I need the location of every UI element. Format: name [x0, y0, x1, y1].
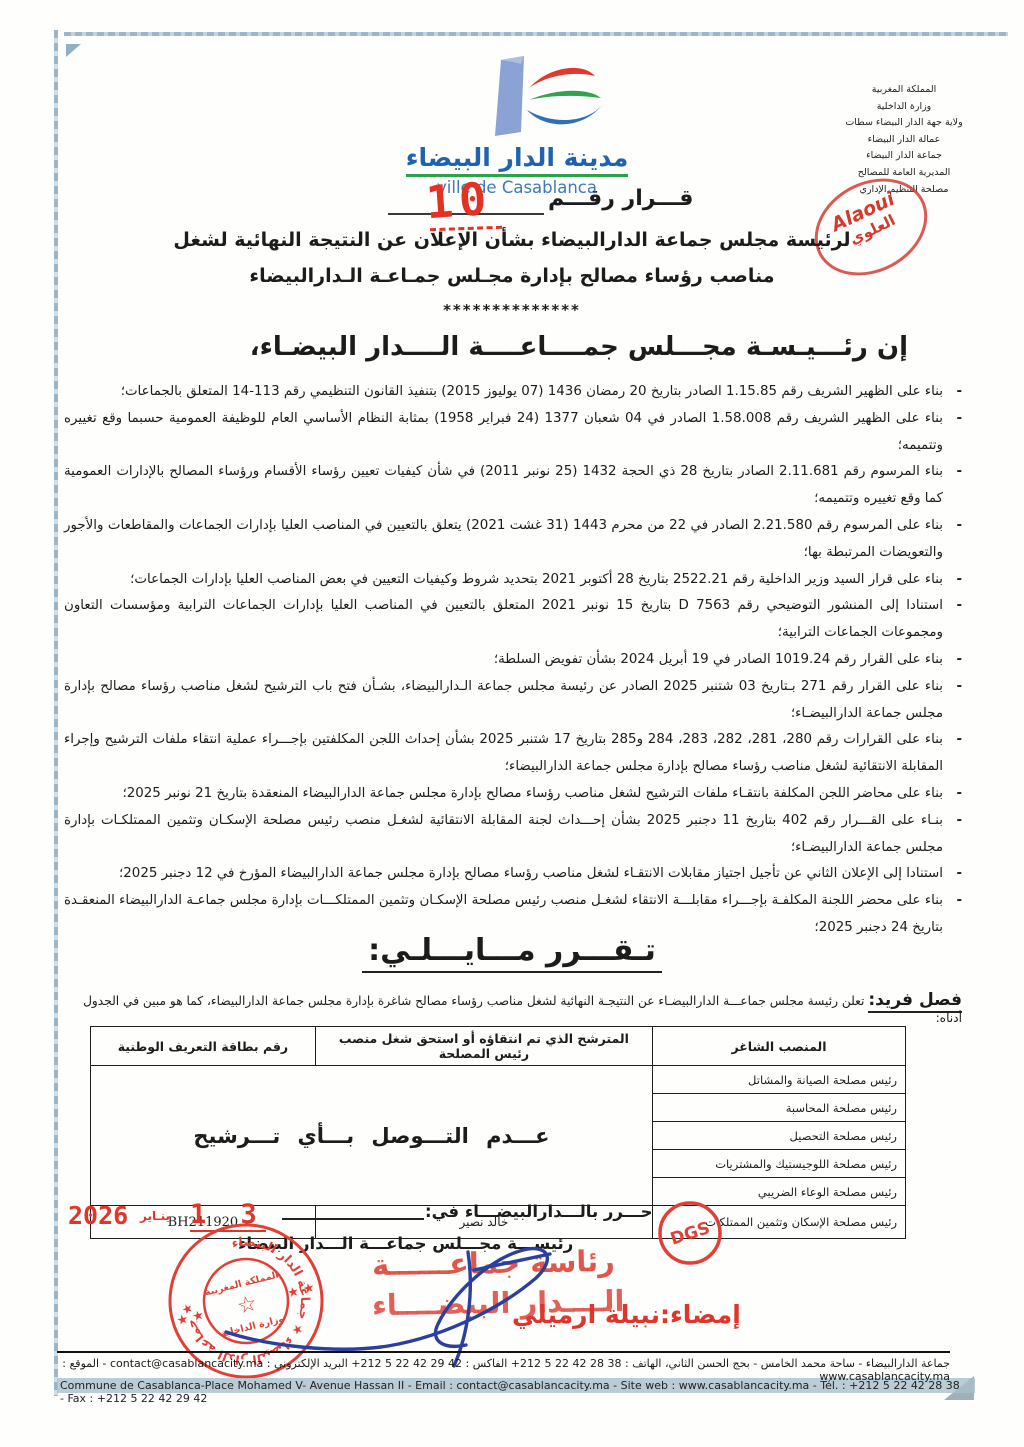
header-selected-candidate: المترشح الذي تم انتقاؤه أو استحق شغل منص… [315, 1027, 652, 1066]
issued-at-line: حـــرر بالـــدارالبيضـــاء في: [425, 1202, 652, 1221]
stars-separator: ************** [0, 301, 1024, 319]
preamble-item: بناء على قرار السيد وزير الداخلية رقم 25… [64, 567, 960, 594]
preamble-item: بناء على محاضر اللجن المكلفة بانتقـاء مل… [64, 781, 960, 808]
decree-subtitle-line2: مناصب رؤساء مصالح بإدارة مجـلس جمـاعـة ا… [0, 265, 1024, 287]
scan-border-top [64, 32, 1008, 36]
preamble-item: بناء على الظهير الشريف رقم 1.58.008 الصا… [64, 406, 960, 460]
ministry-line: جماعة الدار البيضاء [828, 148, 980, 165]
date-stamp-year: 2026 [68, 1201, 128, 1230]
city-logo-graphic [417, 50, 617, 140]
date-stamp-month: ينـاير [140, 1209, 170, 1223]
ministry-line: عمالة الدار البيضاء [828, 132, 980, 149]
preamble-item: استنادا إلى المنشور التوضيحي رقم D 7563 … [64, 593, 960, 647]
table-header-row: المنصب الشاغر المترشح الذي تم انتقاؤه أو… [91, 1027, 906, 1066]
ministry-line: المديرية العامة للمصالح [828, 165, 980, 182]
single-article: فصل فريد: تعلن رئيسة مجلس جماعـــة الدار… [60, 992, 962, 1027]
signature-name: إمضاء:نبيلة ارميلي [512, 1300, 741, 1329]
preamble-item: بناء على القرارات رقم 280، 281، 282، 283… [64, 727, 960, 781]
scanned-decree-page: المملكة المغربية وزارة الداخلية ولاية جه… [0, 0, 1024, 1447]
preamble-item: بناء على الظهير الشريف رقم 1.15.85 الصاد… [64, 379, 960, 406]
preamble-item: بناء على المرسوم رقم 2.21.580 الصادر في … [64, 513, 960, 567]
green-swoosh-icon [529, 91, 601, 100]
decree-number-handwritten: 10 [424, 172, 494, 229]
ministry-line: المملكة المغربية [828, 82, 980, 99]
no-candidacy-cell: عـــدم التـــوصل بـــأي تـــرشيح [91, 1066, 653, 1206]
table-row: رئيس مصلحة الصيانة والمشاتل عـــدم التــ… [91, 1066, 906, 1094]
scan-corner-triangle-top-left [66, 44, 81, 57]
header-vacant-position: المنصب الشاغر [652, 1027, 905, 1066]
minaret-tower-icon [495, 56, 524, 136]
footer-divider [57, 1351, 950, 1353]
red-swoosh-icon [529, 68, 595, 88]
vacant-position-cell: رئيس مصلحة اللوجيستيك والمشتريات [652, 1150, 905, 1178]
ministry-line: وزارة الداخلية [828, 99, 980, 116]
decision-heading: تـقـــرر مـــايـــلـي: [362, 933, 662, 973]
vacant-position-cell: رئيس مصلحة المحاسبة [652, 1094, 905, 1122]
city-logo: مدينة الدار البيضاء ville de Casablanca [367, 50, 667, 197]
preamble-item: بناء المرسوم رقم 2.11.681 الصادر بتاريخ … [64, 459, 960, 513]
logo-name-arabic: مدينة الدار البيضاء [406, 144, 629, 177]
header-national-id: رقم بطاقة التعريف الوطنية [91, 1027, 316, 1066]
footer-contact-french: Commune de Casablanca-Place Mohamed V- A… [60, 1379, 960, 1405]
preamble-list: بناء على الظهير الشريف رقم 1.15.85 الصاد… [64, 379, 960, 942]
decree-title-label: قـــرار رقـــم [548, 186, 693, 211]
preamble-item: بنـاء على القـــرار رقم 402 بتاريخ 11 دج… [64, 808, 960, 862]
article-text: تعلن رئيسة مجلس جماعـــة الدارالبيضـاء ع… [83, 994, 962, 1025]
blue-swoosh-icon [527, 104, 603, 124]
decision-heading-wrap: تـقـــرر مـــايـــلـي: [0, 933, 1024, 973]
vacant-position-cell: رئيس مصلحة التحصيل [652, 1122, 905, 1150]
article-label: فصل فريد: [868, 990, 962, 1013]
ministry-line: ولاية جهة الدار البيضاء سطات [828, 115, 980, 132]
preamble-item: بناء على القرار رقم 1019.24 الصادر في 19… [64, 647, 960, 674]
preamble-item: بناء على القرار رقم 271 بـتاريخ 03 شتنبر… [64, 674, 960, 728]
preamble-item: استنادا إلى الإعلان الثاني عن تأجيل اجتي… [64, 861, 960, 888]
scan-border-right [973, 0, 983, 1402]
vacant-position-cell: رئيس مصلحة الصيانة والمشاتل [652, 1066, 905, 1094]
preamble-heading: إن رئـــيـسـة مجـــلس جمــــاعــــة الــ… [250, 332, 908, 362]
decree-subtitle-line1: لرئيسة مجلس جماعة الدارالبيضاء بشأن الإع… [0, 229, 1024, 251]
